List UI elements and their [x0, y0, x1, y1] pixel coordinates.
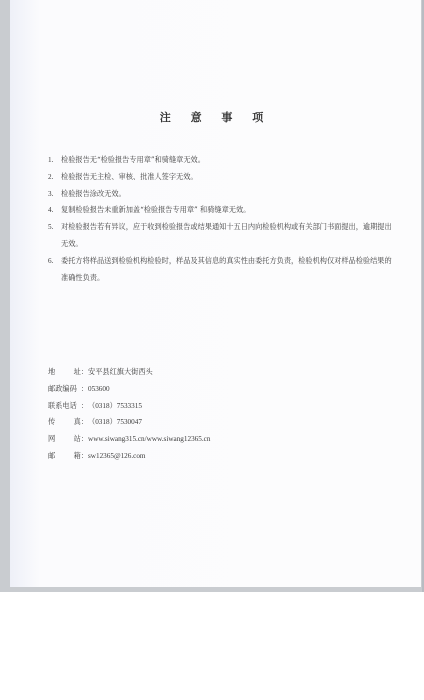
contact-label: 网站： — [48, 431, 88, 448]
contact-label: 邮政编码： — [48, 381, 88, 398]
notice-item-5: 5. 对检验报告若有异议，应于收到检验报告或结果通知十五日内向检验机构或有关部门… — [48, 219, 393, 253]
contact-fax: 传真： （0318）7530047 — [48, 414, 210, 431]
contact-website: 网站： www.siwang315.cn/www.siwang12365.cn — [48, 431, 210, 448]
contact-address: 地址： 安平县红旗大街西头 — [48, 364, 210, 381]
notice-text: 对检验报告若有异议，应于收到检验报告或结果通知十五日内向检验机构或有关部门书面提… — [61, 222, 392, 248]
notice-number: 1. — [48, 152, 53, 169]
notice-number: 2. — [48, 169, 53, 186]
contact-value: （0318）7533315 — [88, 398, 142, 415]
contact-phone: 联系电话： （0318）7533315 — [48, 398, 210, 415]
contact-label: 传真： — [48, 414, 88, 431]
contact-postcode: 邮政编码： 053600 — [48, 381, 210, 398]
notice-item-3: 3. 检验报告涂改无效。 — [48, 186, 393, 203]
contact-value: 053600 — [88, 381, 110, 398]
notice-item-2: 2. 检验报告无主检、审核、批准人签字无效。 — [48, 169, 393, 186]
notice-item-4: 4. 复制检验报告未重新加盖“检验报告专用章” 和骑缝章无效。 — [48, 202, 393, 219]
notice-number: 3. — [48, 186, 53, 203]
contact-value: 安平县红旗大街西头 — [88, 364, 153, 381]
notice-item-6: 6. 委托方将样品送到检验机构检验时，样品及其信息的真实性由委托方负责，检验机构… — [48, 253, 393, 287]
notice-text: 检验报告无主检、审核、批准人签字无效。 — [61, 172, 198, 181]
contact-label: 地址： — [48, 364, 88, 381]
contact-value: www.siwang315.cn/www.siwang12365.cn — [88, 431, 210, 448]
contact-label: 联系电话： — [48, 398, 88, 415]
document-page: 注 意 事 项 1. 检验报告无“检验报告专用章”和骑缝章无效。 2. 检验报告… — [10, 0, 421, 587]
notice-list: 1. 检验报告无“检验报告专用章”和骑缝章无效。 2. 检验报告无主检、审核、批… — [48, 152, 393, 286]
notice-text: 检验报告涂改无效。 — [61, 189, 126, 198]
contact-value: sw12365@126.com — [88, 448, 146, 465]
contact-info: 地址： 安平县红旗大街西头 邮政编码： 053600 联系电话： （0318）7… — [48, 364, 210, 465]
notice-text: 检验报告无“检验报告专用章”和骑缝章无效。 — [61, 155, 205, 164]
page-title: 注 意 事 项 — [10, 109, 421, 125]
contact-email: 邮箱： sw12365@126.com — [48, 448, 210, 465]
contact-label: 邮箱： — [48, 448, 88, 465]
notice-number: 5. — [48, 219, 53, 236]
notice-text: 复制检验报告未重新加盖“检验报告专用章” 和骑缝章无效。 — [61, 205, 250, 214]
notice-number: 6. — [48, 253, 53, 270]
notice-text: 委托方将样品送到检验机构检验时，样品及其信息的真实性由委托方负责，检验机构仅对样… — [61, 256, 392, 282]
notice-number: 4. — [48, 202, 53, 219]
scanned-page-frame: 注 意 事 项 1. 检验报告无“检验报告专用章”和骑缝章无效。 2. 检验报告… — [0, 0, 424, 592]
contact-value: （0318）7530047 — [88, 414, 142, 431]
notice-item-1: 1. 检验报告无“检验报告专用章”和骑缝章无效。 — [48, 152, 393, 169]
